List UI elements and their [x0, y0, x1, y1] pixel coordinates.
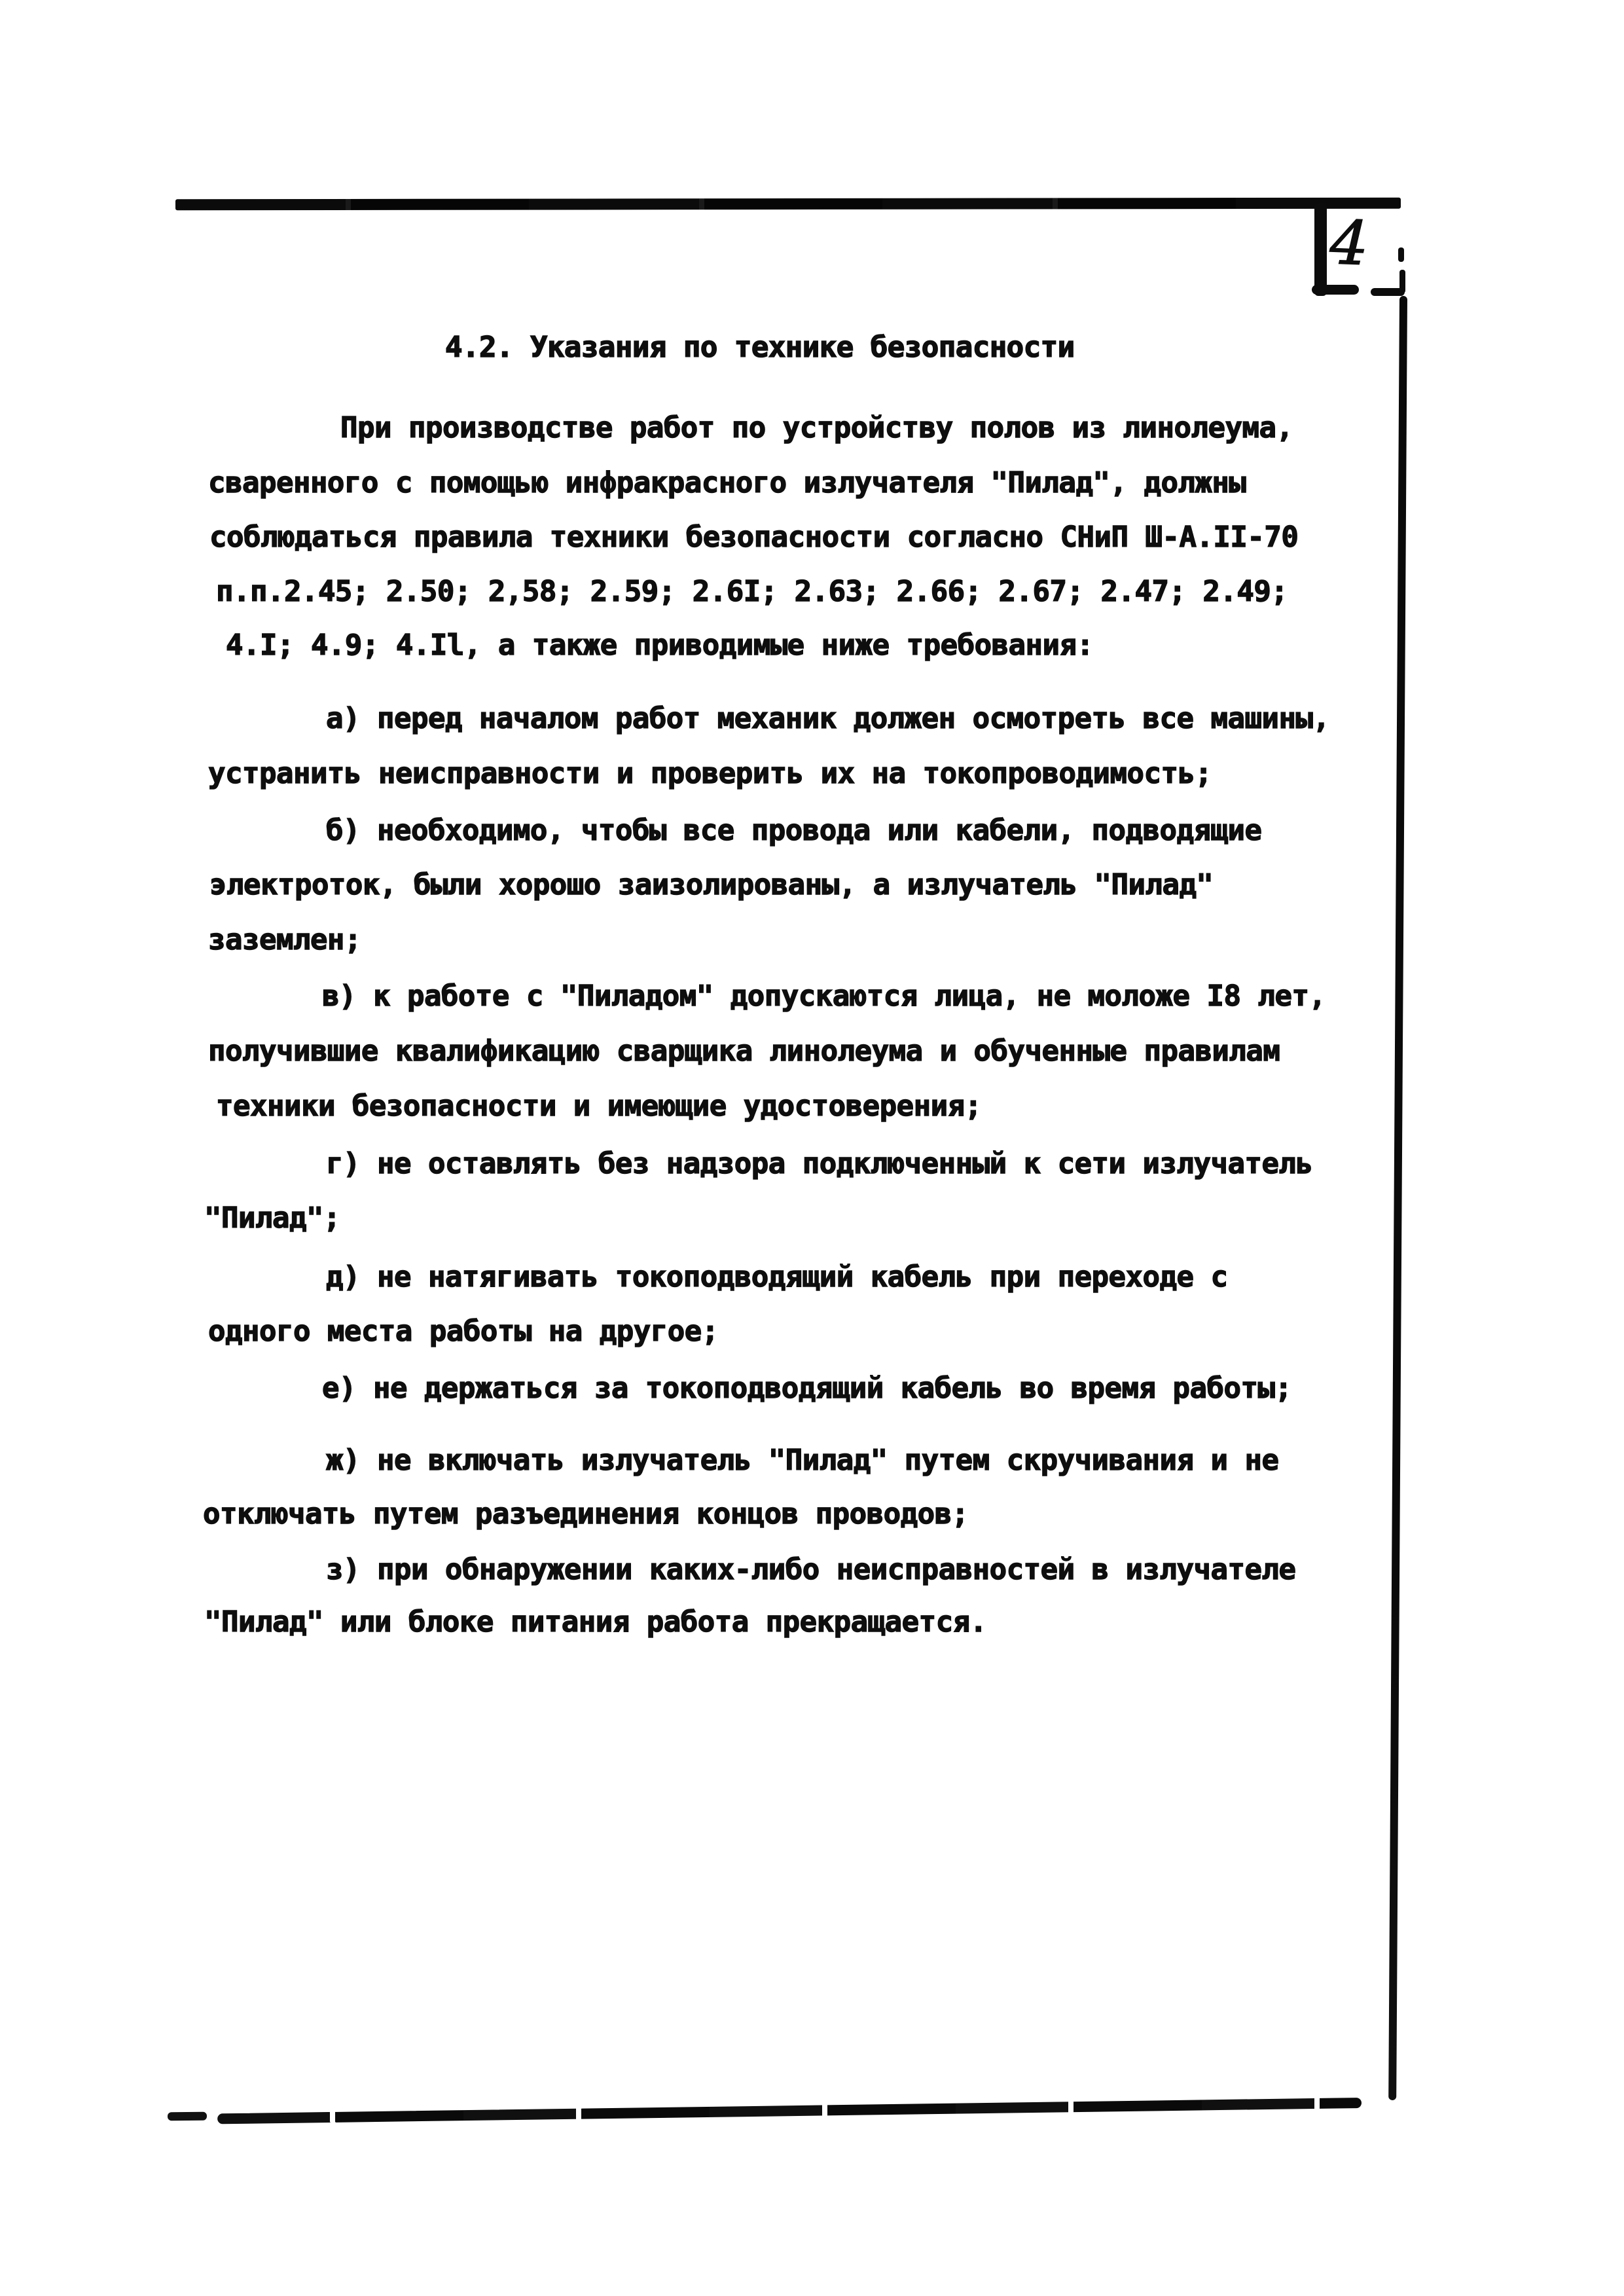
- text-line: а) перед началом работ механик должен ос…: [326, 702, 1329, 735]
- text-line: п.п.2.45; 2.50; 2,58; 2.59; 2.6I; 2.63; …: [216, 575, 1288, 608]
- right-margin-line: [1388, 296, 1407, 2100]
- text-line: ж) не включать излучатель "Пилад" путем …: [326, 1444, 1278, 1477]
- text-line: в) к работе с "Пиладом" допускаются лица…: [322, 979, 1326, 1013]
- text-line: техники безопасности и имеющие удостовер…: [216, 1089, 982, 1123]
- text-line: При производстве работ по устройству пол…: [340, 411, 1293, 445]
- text-line: е) не держаться за токоподводящий кабель…: [322, 1372, 1291, 1405]
- scan-page: 4 4.2. Указания по технике безопасности …: [0, 0, 1624, 2296]
- page-number-box-right-dash: [1398, 247, 1404, 262]
- bottom-edge-mark: [168, 2112, 207, 2121]
- text-line: "Пилад";: [204, 1201, 340, 1235]
- section-title: 4.2. Указания по технике безопасности: [445, 331, 1075, 364]
- text-line: д) не натягивать токоподводящий кабель п…: [326, 1260, 1227, 1294]
- bottom-edge-line: [217, 2098, 1362, 2124]
- text-line: получившие квалификацию сварщика линолеу…: [208, 1034, 1280, 1068]
- text-line: "Пилад" или блоке питания работа прекращ…: [204, 1605, 987, 1639]
- page-number-box-bottom-dash: [1312, 285, 1359, 295]
- text-line: устранить неисправности и проверить их н…: [208, 757, 1212, 790]
- text-line: г) не оставлять без надзора подключенный…: [326, 1147, 1312, 1180]
- text-line: отключать путем разъединения концов пров…: [203, 1497, 969, 1531]
- text-line: одного места работы на другое;: [208, 1315, 719, 1348]
- text-line: б) необходимо, чтобы все провода или каб…: [326, 814, 1261, 847]
- text-line: электроток, были хорошо заизолированы, а…: [209, 868, 1213, 902]
- page-number: 4: [1329, 213, 1369, 274]
- text-line: з) при обнаружении каких-либо неисправно…: [326, 1553, 1295, 1586]
- text-line: соблюдаться правила техники безопасности…: [209, 520, 1298, 554]
- text-line: заземлен;: [208, 923, 361, 957]
- page-number-box-left-bar: [1314, 203, 1327, 296]
- text-line: 4.I; 4.9; 4.Il, а также приводимые ниже …: [226, 629, 1094, 662]
- page-number-box-right-dash: [1399, 270, 1405, 293]
- top-rule: [175, 198, 1401, 211]
- text-line: сваренного с помощью инфракрасного излуч…: [208, 466, 1246, 500]
